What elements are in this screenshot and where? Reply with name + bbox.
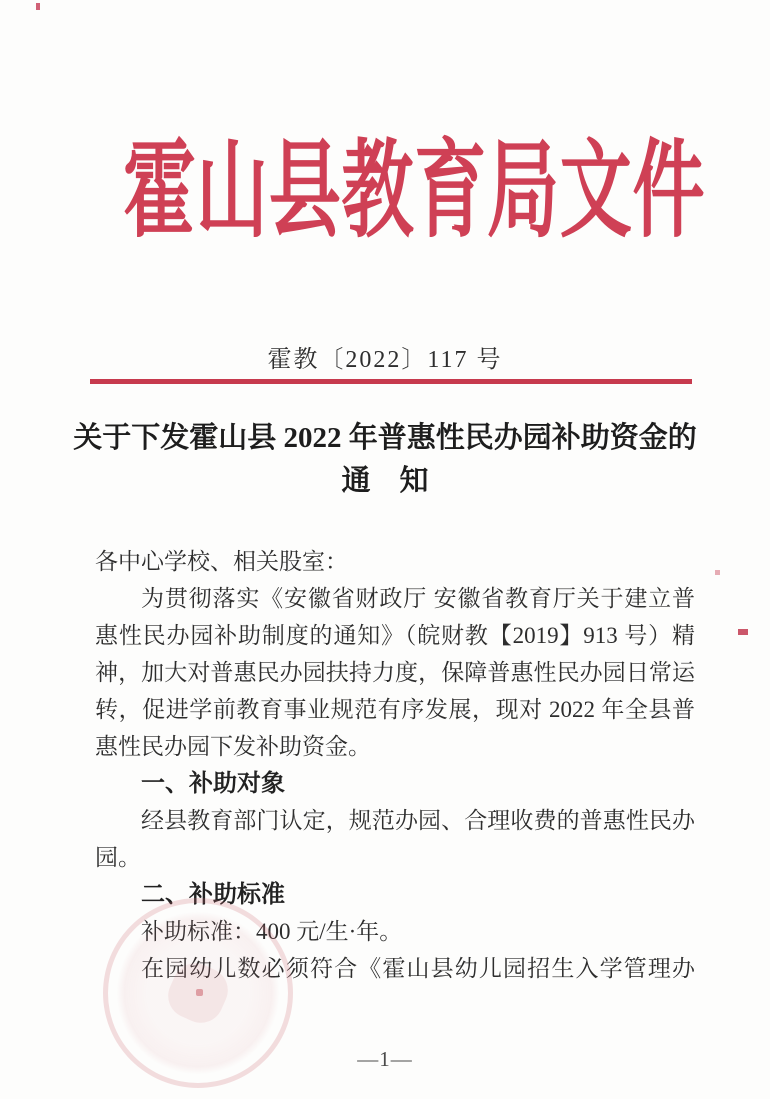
body-line: 为贯彻落实《安徽省财政厅 安徽省教育厅关于建立普 xyxy=(95,580,695,617)
document-number: 霍教〔2022〕117 号 xyxy=(0,345,770,375)
body-line: 转，促进学前教育事业规范有序发展，现对 2022 年全县普 xyxy=(95,691,695,728)
red-divider-line xyxy=(90,379,692,384)
scanned-document-page: 霍山县教育局文件 霍教〔2022〕117 号 关于下发霍山县 2022 年普惠性… xyxy=(0,0,770,1099)
document-title-line1: 关于下发霍山县 2022 年普惠性民办园补助资金的 xyxy=(0,417,770,460)
page-number: —1— xyxy=(0,1045,770,1073)
agency-header-title: 霍山县教育局文件 xyxy=(123,136,647,248)
document-title: 关于下发霍山县 2022 年普惠性民办园补助资金的 通 知 xyxy=(0,417,770,503)
body-line: 惠性民办园下发补助资金。 xyxy=(95,728,695,765)
scan-artifact-dot xyxy=(715,570,720,575)
section-heading-1: 一、补助对象 xyxy=(95,765,695,802)
body-line: 神，加大对普惠民办园扶持力度，保障普惠性民办园日常运 xyxy=(95,654,695,691)
scan-artifact-dot xyxy=(738,629,748,635)
scan-artifact-dot xyxy=(36,3,40,10)
document-title-line2: 通 知 xyxy=(0,460,770,503)
body-line: 园。 xyxy=(95,839,695,876)
body-line: 经县教育部门认定，规范办园、合理收费的普惠性民办 xyxy=(95,802,695,839)
body-line-salutation: 各中心学校、相关股室： xyxy=(95,543,695,580)
body-line: 惠性民办园补助制度的通知》（皖财教【2019】913 号）精 xyxy=(95,617,695,654)
